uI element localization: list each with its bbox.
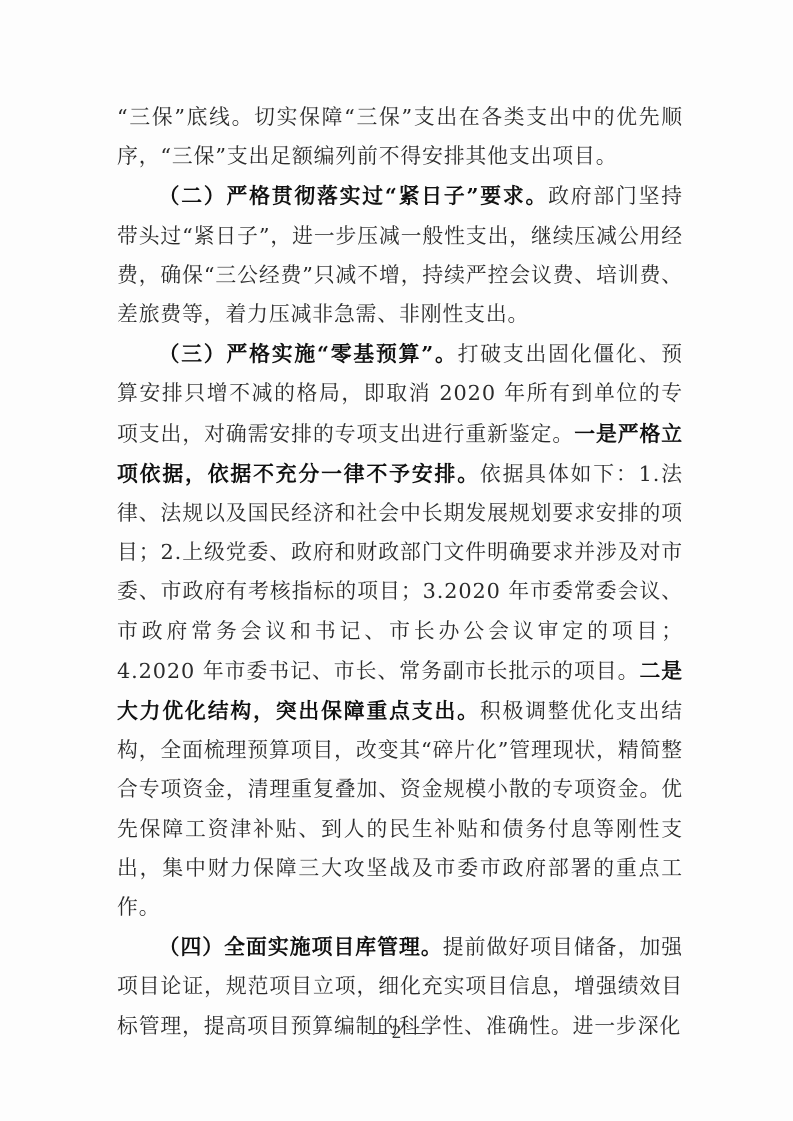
paragraph-1-text: “三保”底线。切实保障“三保”支出在各类支出中的优先顺序，“三保”支出足额编列前…: [117, 105, 683, 168]
paragraph-2: （二）严格贯彻落实过“紧日子”要求。政府部门坚持带头过“紧日子”，进一步压减一般…: [117, 176, 683, 334]
document-page: “三保”底线。切实保障“三保”支出在各类支出中的优先顺序，“三保”支出足额编列前…: [0, 0, 793, 1121]
document-body: “三保”底线。切实保障“三保”支出在各类支出中的优先顺序，“三保”支出足额编列前…: [117, 98, 683, 1046]
paragraph-3-text-c: 积极调整优化支出结构，全面梳理预算项目，改变其“碎片化”管理现状，精简整合专项资…: [117, 699, 683, 919]
paragraph-3-text-b: 依据具体如下：1.法律、法规以及国民经济和社会中长期发展规划要求安排的项目；2.…: [117, 462, 683, 683]
page-number: — 2 —: [0, 1022, 793, 1044]
section-heading-3: （三）严格实施“零基预算”。: [159, 341, 458, 366]
paragraph-3: （三）严格实施“零基预算”。打破支出固化僵化、预算安排只增不减的格局，即取消 2…: [117, 334, 683, 927]
paragraph-1: “三保”底线。切实保障“三保”支出在各类支出中的优先顺序，“三保”支出足额编列前…: [117, 98, 683, 176]
section-heading-2: （二）严格贯彻落实过“紧日子”要求。: [159, 183, 549, 208]
section-heading-4: （四）全面实施项目库管理。: [159, 934, 443, 959]
